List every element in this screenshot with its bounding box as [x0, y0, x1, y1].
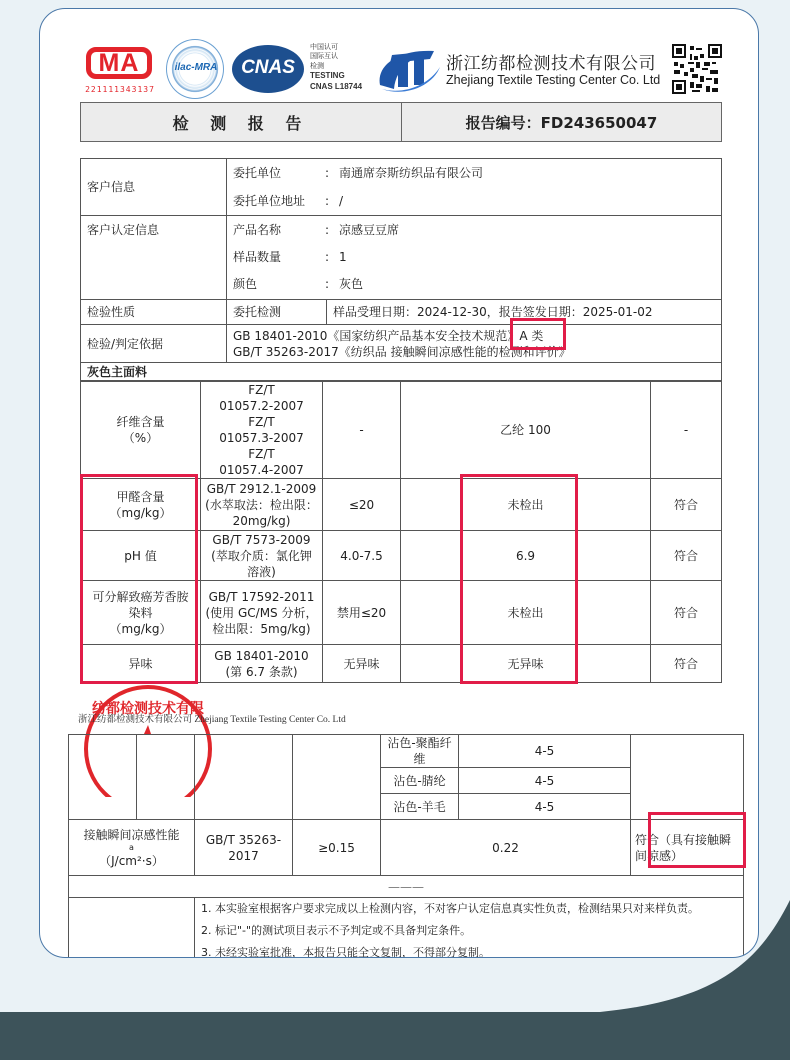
result-method: GB/T 17592-2011 (使用 GC/MS 分析， 检出限：5mg/kg… [201, 581, 323, 645]
table-row: pH 值GB/T 7573-2009 (萃取介质：氯化钾 溶液)4.0-7.56… [81, 531, 722, 581]
result-limit: 4.0-7.5 [323, 531, 401, 581]
result-result: 乙纶 100 [401, 382, 651, 479]
result-verdict: 符合 [651, 645, 722, 683]
table-row: 灰色主面料 [81, 363, 722, 381]
result-item: 甲醛含量 （mg/kg） [81, 479, 201, 531]
cnas-logo: CNAS [232, 45, 304, 93]
customer-confirmed-label: 客户认定信息 [81, 216, 227, 300]
table-row: 甲醛含量 （mg/kg）GB/T 2912.1-2009 (水萃取法：检出限： … [81, 479, 722, 531]
result-verdict: 符合 [651, 581, 722, 645]
cnas-accreditation-info: 中国认可 国际互认 检测 TESTING CNAS L18744 [310, 43, 362, 92]
result-result: 未检出 [401, 581, 651, 645]
product-name: 凉感豆豆席 [339, 217, 399, 244]
result-result: 6.9 [401, 531, 651, 581]
result-limit: 无异味 [323, 645, 401, 683]
result-method: GB 18401-2010 (第 6.7 条款) [201, 645, 323, 683]
note-item: 2. 标记"-"的测试项目表示不予判定或不具备判定条件。 [201, 920, 737, 942]
result-item: 可分解致癌芳香胺 染料 （mg/kg） [81, 581, 201, 645]
result-limit: 禁用≤20 [323, 581, 401, 645]
basis-line-2: GB/T 35263-2017《纺织品 接触瞬间凉感性能的检测和评价》 [233, 344, 715, 360]
table-row: 客户认定信息 产品名称:凉感豆豆席 样品数量:1 颜色:灰色 [81, 216, 722, 300]
cooling-method: GB/T 35263-2017 [195, 820, 293, 876]
sample-quantity: 1 [339, 244, 347, 271]
result-verdict: 符合 [651, 479, 722, 531]
sample-color: 灰色 [339, 271, 363, 298]
result-verdict: - [651, 382, 722, 479]
result-result: 无异味 [401, 645, 651, 683]
customer-info-label: 客户信息 [81, 159, 227, 216]
cooling-results-table: 沾色-聚酯纤维 4-5 沾色-腈纶 4-5 沾色-羊毛 4-5 接触瞬间凉感性能… [68, 734, 744, 958]
bottom-band [0, 1012, 790, 1060]
table-row: 接触瞬间凉感性能 a （J/cm²·s） GB/T 35263-2017 ≥0.… [69, 820, 744, 876]
result-item: pH 值 [81, 531, 201, 581]
cooling-verdict: 符合（具有接触瞬间凉感） [631, 820, 744, 876]
table-row: 备注 1. 本实验室根据客户要求完成以上检测内容，不对客户认定信息真实性负责，检… [69, 898, 744, 959]
test-results-table: 纤维含量 （%）FZ/T 01057.2-2007 FZ/T 01057.3-2… [80, 381, 722, 683]
result-item: 异味 [81, 645, 201, 683]
customer-info-table: 客户信息 委托单位:南通席奈斯纺织品有限公司 委托单位地址:/ 客户认定信息 产… [80, 158, 722, 381]
note-item: 3. 未经实验室批准，本报告只能全文复制，不得部分复制。 [201, 942, 737, 958]
cooling-item: 接触瞬间凉感性能 [75, 827, 188, 843]
company-logo-icon [374, 45, 444, 95]
header-logos: MA 221111343137 ilac-MRA CNAS 中国认可 国际互认 … [82, 39, 722, 101]
company-name-en: Zhejiang Textile Testing Center Co. Ltd [446, 73, 660, 87]
report-number: 报告编号：FD243650047 [402, 103, 721, 141]
table-row: ——— [69, 876, 744, 898]
table-row: 客户信息 委托单位:南通席奈斯纺织品有限公司 委托单位地址:/ [81, 159, 722, 216]
table-row: 纤维含量 （%）FZ/T 01057.2-2007 FZ/T 01057.3-2… [81, 382, 722, 479]
basis-line-1: GB 18401-2010《国家纺织产品基本安全技术规范》A 类 [233, 328, 715, 344]
company-name-cn: 浙江纺都检测技术有限公司 [446, 49, 656, 74]
table-row: 检验性质 委托检测 样品受理日期：2024-12-30，报告签发日期：2025-… [81, 300, 722, 325]
result-method: GB/T 7573-2009 (萃取介质：氯化钾 溶液) [201, 531, 323, 581]
cma-number: 221111343137 [82, 85, 158, 94]
result-result: 未检出 [401, 479, 651, 531]
client-address: / [339, 187, 343, 215]
notes-label: 备注 [69, 898, 195, 959]
section-heading: 灰色主面料 [81, 363, 722, 381]
table-row: 可分解致癌芳香胺 染料 （mg/kg）GB/T 17592-2011 (使用 G… [81, 581, 722, 645]
result-limit: ≤20 [323, 479, 401, 531]
ilac-mra-logo: ilac-MRA [166, 39, 224, 99]
table-row: 异味GB 18401-2010 (第 6.7 条款)无异味无异味符合 [81, 645, 722, 683]
inspection-type: 委托检测 [227, 300, 327, 325]
cooling-result: 0.22 [381, 820, 631, 876]
report-title-bar: 检 测 报 告 报告编号：FD243650047 [80, 102, 722, 142]
table-row: 沾色-聚酯纤维 4-5 [69, 735, 744, 768]
note-item: 1. 本实验室根据客户要求完成以上检测内容，不对客户认定信息真实性负责，检测结果… [201, 898, 737, 920]
result-item: 纤维含量 （%） [81, 382, 201, 479]
cooling-limit: ≥0.15 [293, 820, 381, 876]
result-verdict: 符合 [651, 531, 722, 581]
qr-code-icon [672, 44, 722, 94]
notes-list: 1. 本实验室根据客户要求完成以上检测内容，不对客户认定信息真实性负责，检测结果… [195, 898, 744, 959]
page-footer-line: 浙江纺都检测技术有限公司 Zhejiang Textile Testing Ce… [78, 711, 346, 725]
dates: 样品受理日期：2024-12-30，报告签发日期：2025-01-02 [327, 300, 722, 325]
cma-logo: MA 221111343137 [82, 45, 158, 101]
client-name: 南通席奈斯纺织品有限公司 [339, 159, 483, 187]
result-limit: - [323, 382, 401, 479]
result-method: GB/T 2912.1-2009 (水萃取法：检出限： 20mg/kg) [201, 479, 323, 531]
table-row: 检验/判定依据 GB 18401-2010《国家纺织产品基本安全技术规范》A 类… [81, 325, 722, 363]
report-title: 检 测 报 告 [81, 103, 402, 141]
result-method: FZ/T 01057.2-2007 FZ/T 01057.3-2007 FZ/T… [201, 382, 323, 479]
report-card: MA 221111343137 ilac-MRA CNAS 中国认可 国际互认 … [39, 8, 759, 958]
